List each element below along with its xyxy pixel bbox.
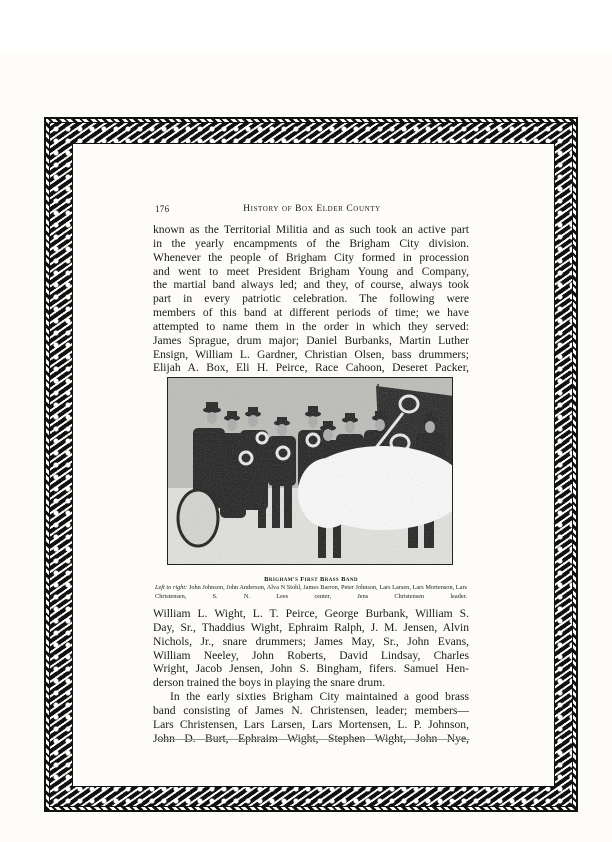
band-photo-illustration xyxy=(168,378,453,565)
text-line: known as the Territorial Militia and as … xyxy=(153,223,469,237)
text-line: Lars Christensen, Lars Larsen, Lars Mort… xyxy=(153,718,469,732)
text-line: in the yearly encampments of the Brigham… xyxy=(153,237,469,251)
text-line: the martial band always led; and they, o… xyxy=(153,278,469,292)
text-line: James Sprague, drum major; Daniel Burban… xyxy=(153,334,469,348)
text-line: derson trained the boys in playing the s… xyxy=(153,676,469,690)
caption-line: John Johnson, John Anderson, Alva N Stoh… xyxy=(189,584,378,591)
text-line: In the early sixties Brigham City mainta… xyxy=(153,690,469,704)
caption-lead: Left to right: xyxy=(155,584,187,591)
text-line: part in every patriotic celebration. The… xyxy=(153,292,469,306)
text-line: William L. Wight, L. T. Peirce, George B… xyxy=(153,607,469,621)
text-line: Day, Sr., Thaddius Wight, Ephraim Ralph,… xyxy=(153,621,469,635)
text-line: Nichols, Jr., snare drummers; James May,… xyxy=(153,635,469,649)
text-line: Ensign, William L. Gardner, Christian Ol… xyxy=(153,348,469,362)
text-line: Wright, Jacob Jensen, John S. Bingham, f… xyxy=(153,662,469,676)
figure-caption-title: Brigham's First Brass Band xyxy=(155,576,467,583)
body-text-bottom: William L. Wight, L. T. Peirce, George B… xyxy=(153,607,469,745)
text-line: band consisting of James N. Christensen,… xyxy=(153,704,469,718)
bottom-rule xyxy=(155,739,470,740)
text-line: and went to meet President Brigham Young… xyxy=(153,265,469,279)
body-text-top: known as the Territorial Militia and as … xyxy=(153,223,469,375)
text-line: Elijah A. Box, Eli H. Peirce, Race Cahoo… xyxy=(153,361,469,375)
text-line: members of this band at different period… xyxy=(153,306,469,320)
text-line: William Neeley, John Roberts, David Lind… xyxy=(153,649,469,663)
band-photograph xyxy=(167,377,453,565)
running-head: History of Box Elder County xyxy=(155,204,469,214)
text-line: attempted to name them in the order in w… xyxy=(153,320,469,334)
text-line: Whenever the people of Brigham City form… xyxy=(153,251,469,265)
figure-caption: Left to right: John Johnson, John Anders… xyxy=(155,584,467,601)
